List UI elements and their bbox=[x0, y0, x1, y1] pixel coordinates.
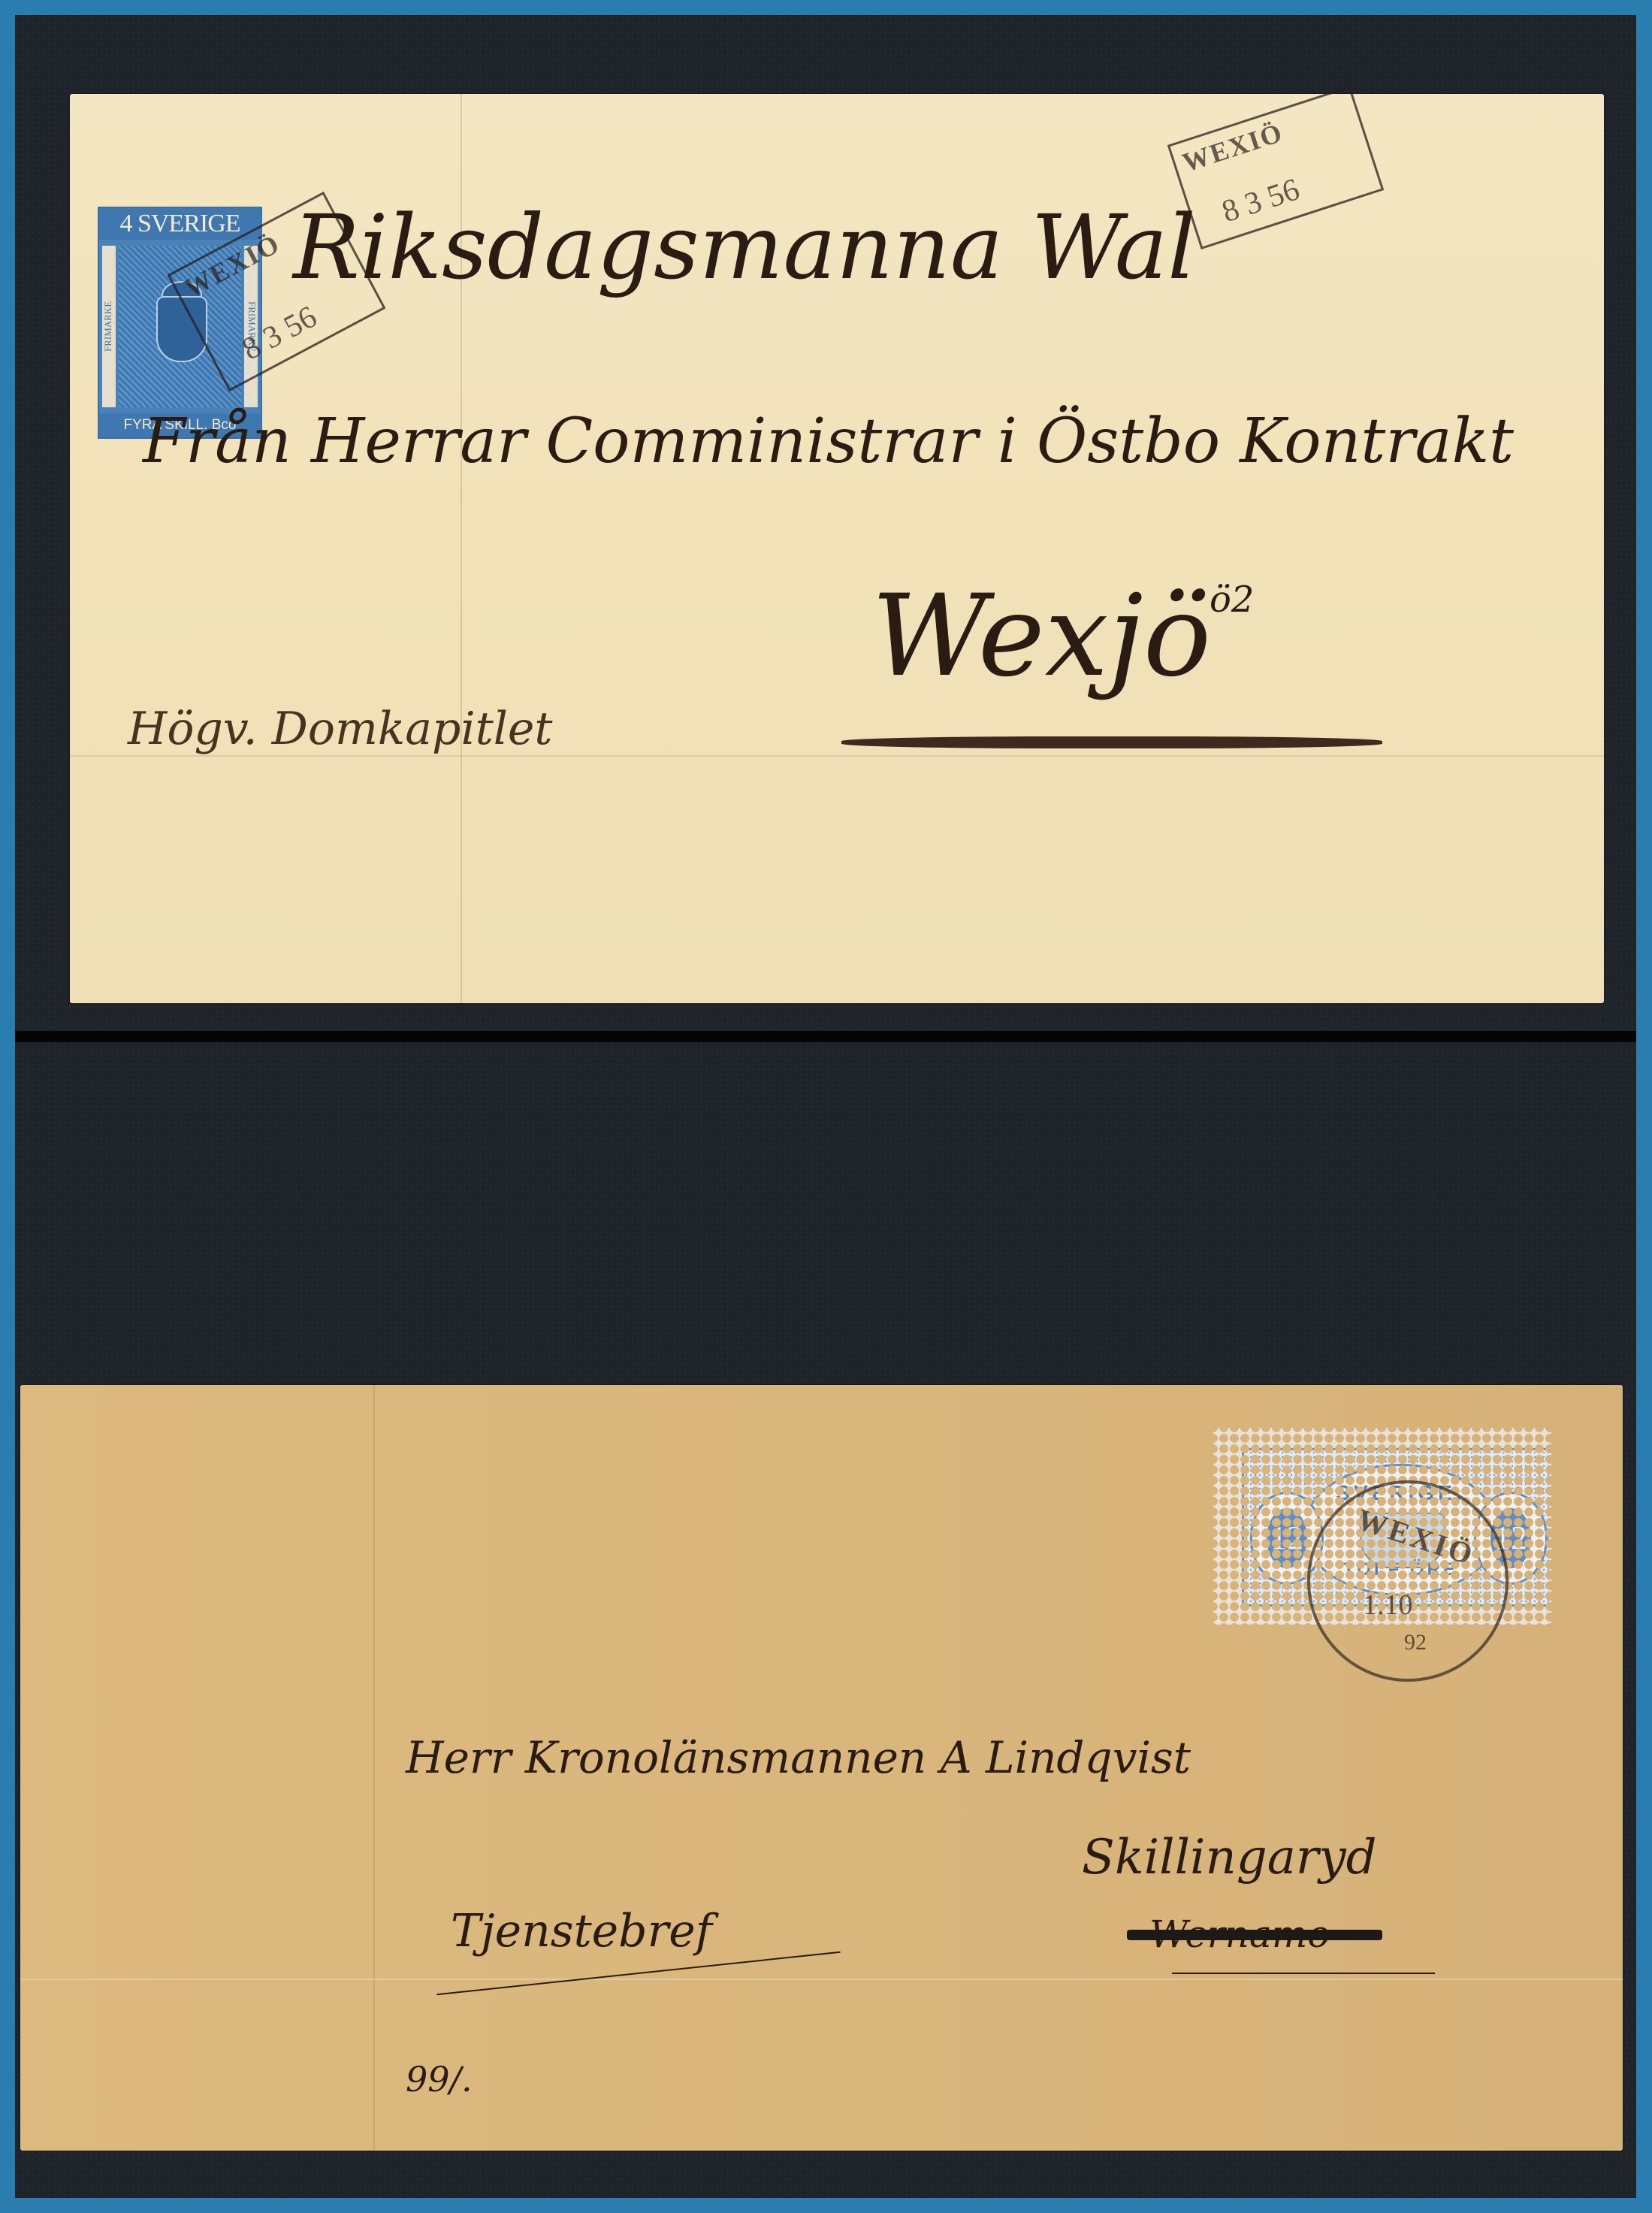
address-line-3: Wexjö bbox=[871, 571, 1211, 702]
fold-line bbox=[70, 755, 1604, 757]
address-superscript: ö2 bbox=[1210, 579, 1254, 621]
stamp-value: 4 bbox=[119, 210, 131, 237]
endorsement: Tjenstebref bbox=[451, 1905, 712, 1958]
strikeout-bar bbox=[1127, 1930, 1382, 1940]
fold-line bbox=[373, 1385, 375, 2151]
stamp-country: SVERIGE bbox=[137, 210, 240, 237]
docket-number: 99/. bbox=[406, 2059, 473, 2100]
address-line-2: Från Herrar Comministrar i Östbo Kontrak… bbox=[143, 406, 1514, 477]
underline-stroke bbox=[1172, 1973, 1435, 1974]
fold-line bbox=[20, 1979, 1623, 1980]
address-line-2: Skillingaryd bbox=[1082, 1830, 1377, 1885]
address-line-1: Herr Kronolänsmannen A Lindqvist bbox=[406, 1732, 1191, 1783]
stamp-side-text: FRIMARKE bbox=[102, 246, 116, 407]
mount-strip bbox=[15, 1031, 1636, 1042]
stamp-value: 12 bbox=[1267, 1508, 1307, 1568]
address-line-1: Riksdagsmanna Wal bbox=[293, 195, 1196, 299]
circular-datestamp: WEXIÖ 1.10 92 bbox=[1307, 1480, 1509, 1682]
address-line-4: Högv. Domkapitlet bbox=[128, 703, 553, 755]
underline-stroke bbox=[841, 736, 1382, 748]
